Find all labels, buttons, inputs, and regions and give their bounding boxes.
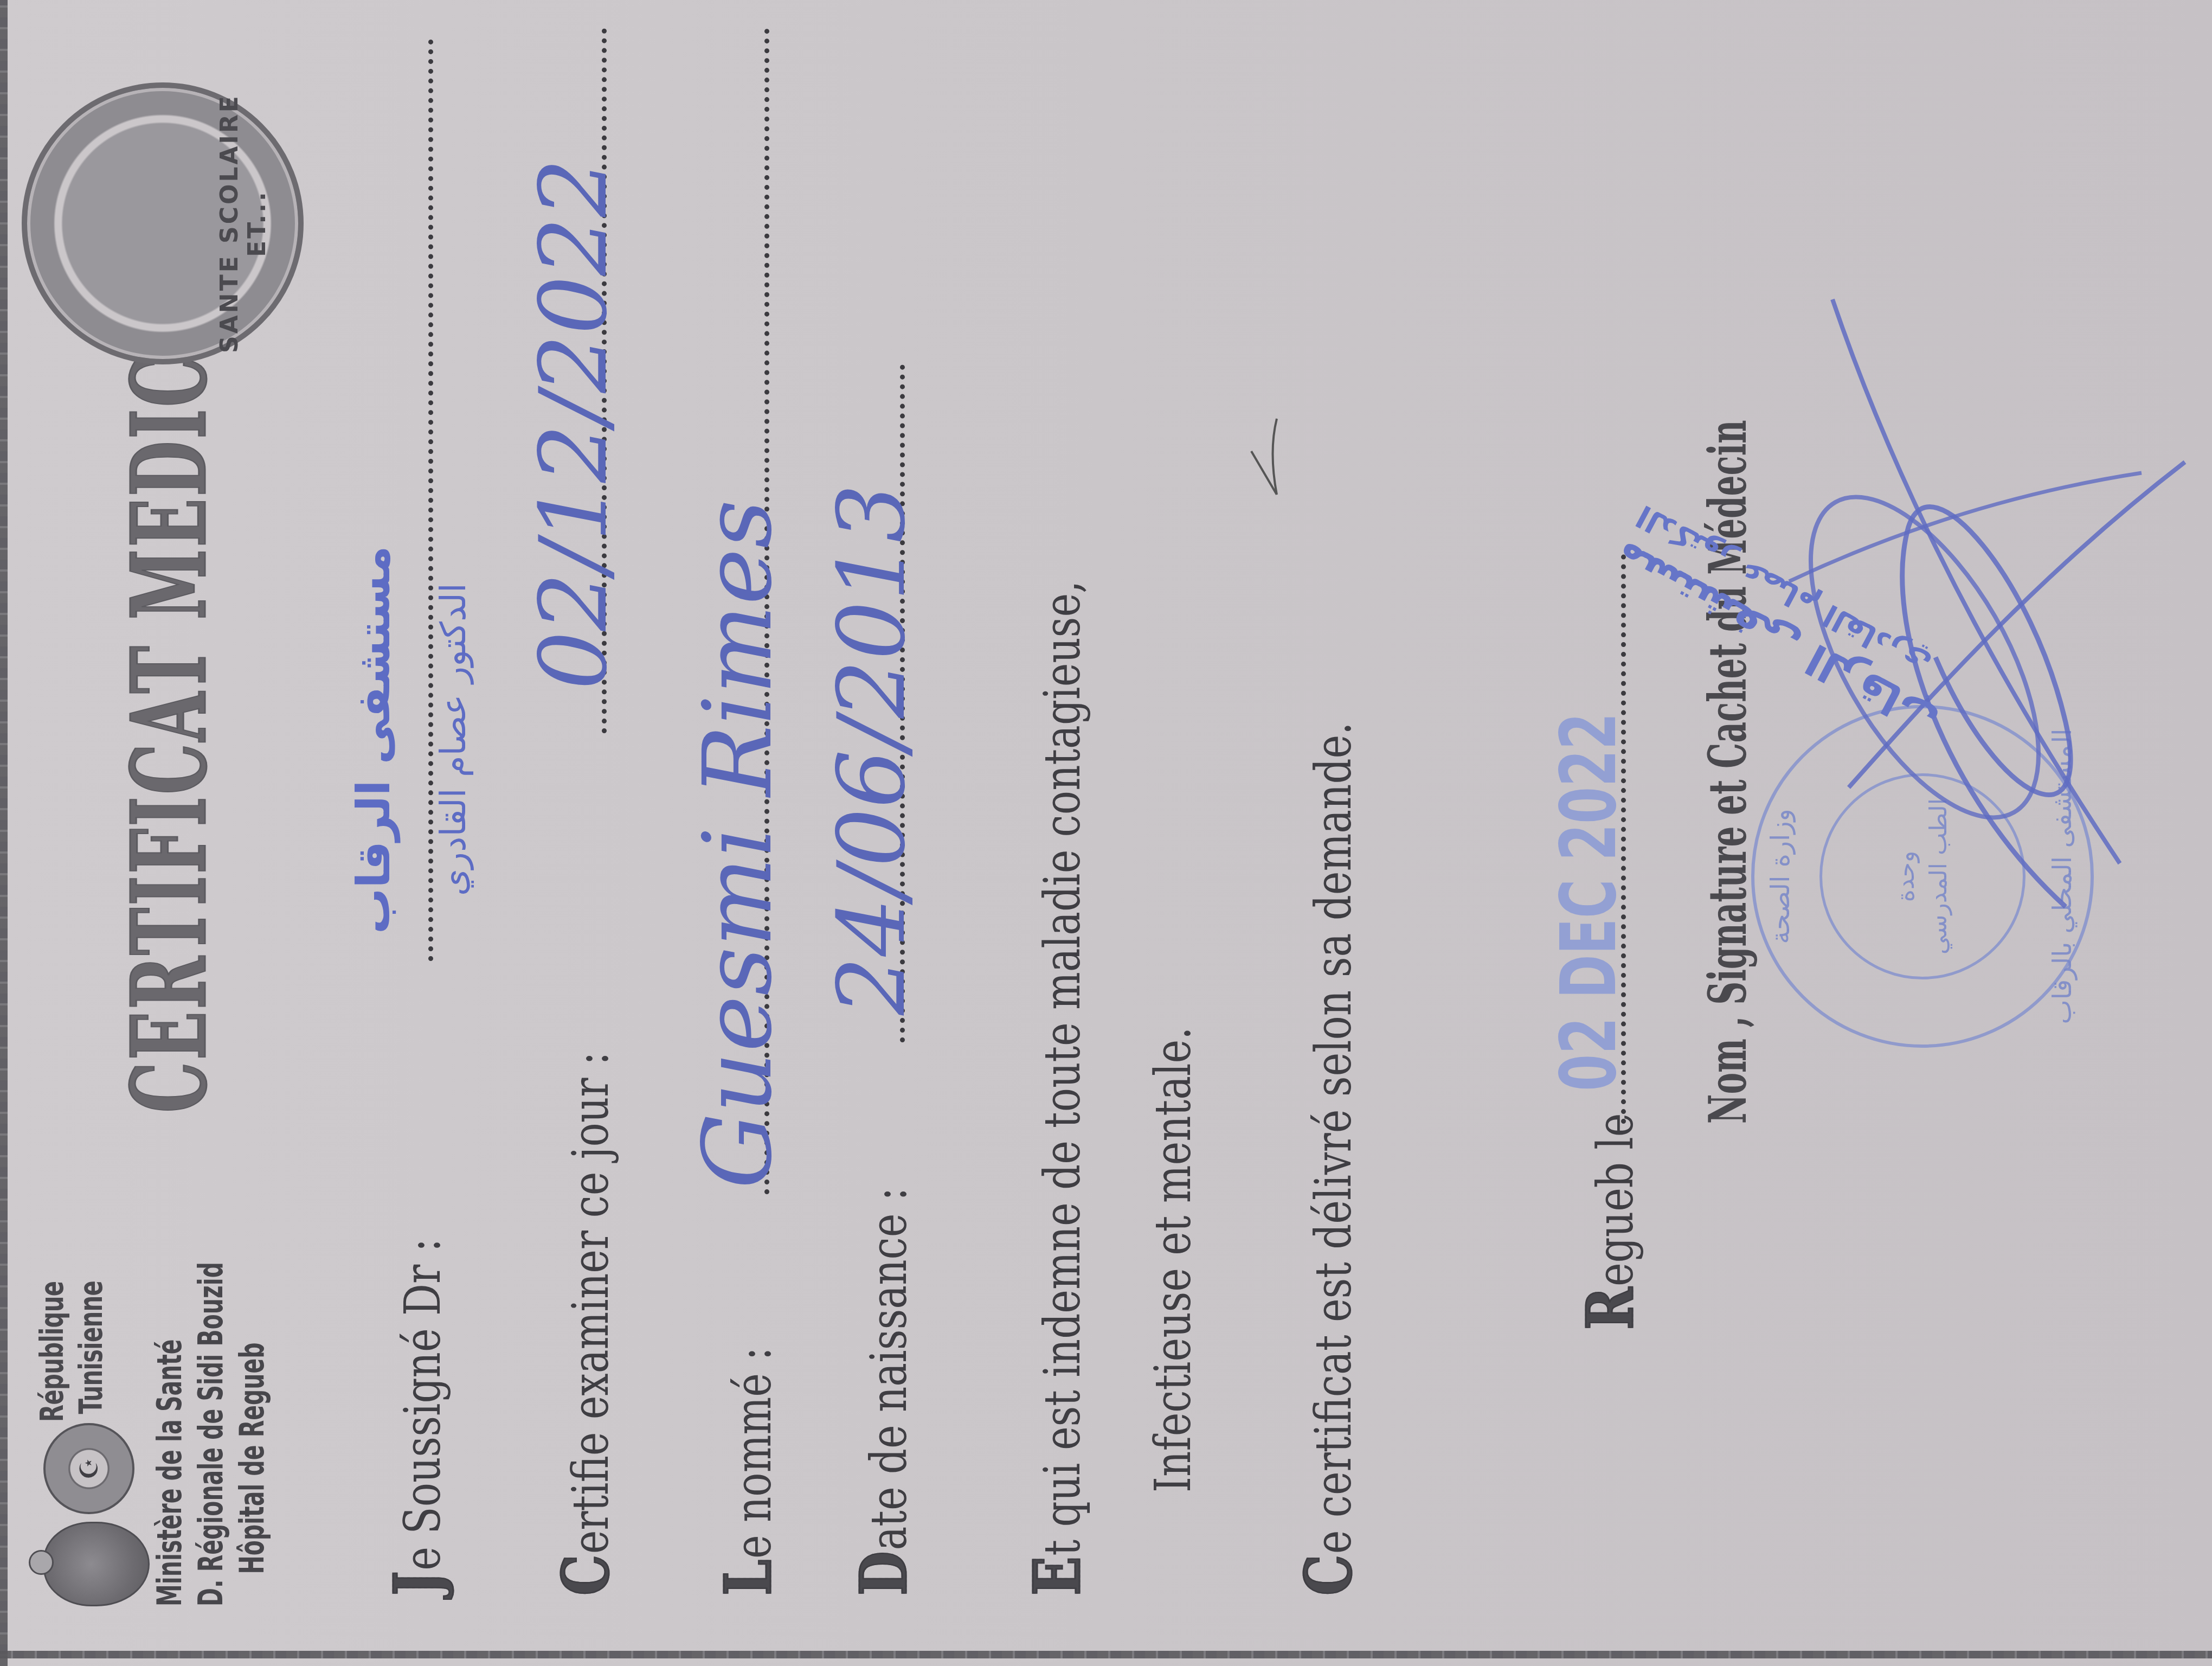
birth-date-value: 24/06/2013 [819, 484, 926, 1015]
body-line-2: Infectieuse et mentale. [1144, 1027, 1202, 1492]
crown-icon [29, 1550, 54, 1575]
field-name-label: Le nommé : [710, 1347, 786, 1595]
pen-tick-mark-icon [1247, 413, 1279, 500]
school-health-seal-icon: SANTE SCOLAIRE ET... [22, 82, 304, 364]
label-text: e Soussigné Dr : [394, 1239, 452, 1571]
place-date-label: Regueb le [1572, 1113, 1648, 1330]
hospital-name: Hôpital de Regueb [232, 1262, 273, 1606]
date-stamp-value: 02 DEC 2022 [1545, 713, 1634, 1091]
dropcap: J [380, 1571, 455, 1595]
coat-of-arms-icon [43, 1522, 150, 1606]
field-doctor-label: Je Soussigné Dr : [380, 1239, 455, 1595]
dropcap: C [548, 1555, 623, 1595]
dropcap: E [1019, 1556, 1095, 1595]
republic-line-1: République [33, 1281, 72, 1422]
form-border-top [0, 0, 8, 1666]
dropcap: L [710, 1560, 786, 1595]
label-text: ate de naissance : [860, 1187, 918, 1550]
ministry-block: Ministère de la Santé D. Régionale de Si… [149, 1262, 273, 1606]
patient-name-value: Guesmi Rimes [683, 500, 793, 1189]
body-text: e certificat est délivré selon sa demand… [1304, 722, 1362, 1554]
photo-viewport: ☪ République Tunisienne Ministère de la … [0, 0, 2212, 1666]
exam-date-value: 02/12/2022 [520, 158, 628, 690]
seal-text: SANTE SCOLAIRE ET... [216, 88, 271, 359]
label-text: e nommé : [724, 1347, 782, 1559]
document-title: CERTIFICAT MEDICAL [108, 255, 229, 1113]
label-text: ertifie examiner ce jour : [562, 1052, 620, 1554]
form-border-left [0, 1651, 2212, 1658]
body-text: t qui est indemne de toute maladie conta… [1033, 581, 1091, 1556]
label-text: egueb le [1586, 1113, 1644, 1286]
medical-certificate: ☪ République Tunisienne Ministère de la … [0, 0, 2212, 1666]
ministry-name: Ministère de la Santé [149, 1262, 190, 1606]
republic-label: République Tunisienne [33, 1281, 111, 1422]
doctor-stamp-line2: الدكتور عصام القادري [434, 583, 474, 896]
regional-direction: D. Régionale de Sidi Bouzid [190, 1262, 232, 1606]
body-line-1: Et qui est indemne de toute maladie cont… [1019, 581, 1095, 1595]
emblems: ☪ [38, 1411, 146, 1606]
republic-line-2: Tunisienne [72, 1281, 111, 1422]
dropcap: D [846, 1551, 921, 1595]
dropcap: C [1290, 1555, 1366, 1595]
dotted-line-doctor [428, 39, 433, 961]
field-exam-date-label: Certifie examiner ce jour : [548, 1052, 623, 1595]
dropcap: R [1572, 1287, 1648, 1330]
field-birth-date-label: Date de naissance : [846, 1187, 921, 1595]
crescent-star-seal-icon: ☪ [43, 1423, 134, 1514]
body-line-3: Ce certificat est délivré selon sa deman… [1290, 722, 1366, 1595]
doctor-stamp-line1: مستشفى الرقاب [347, 546, 400, 934]
